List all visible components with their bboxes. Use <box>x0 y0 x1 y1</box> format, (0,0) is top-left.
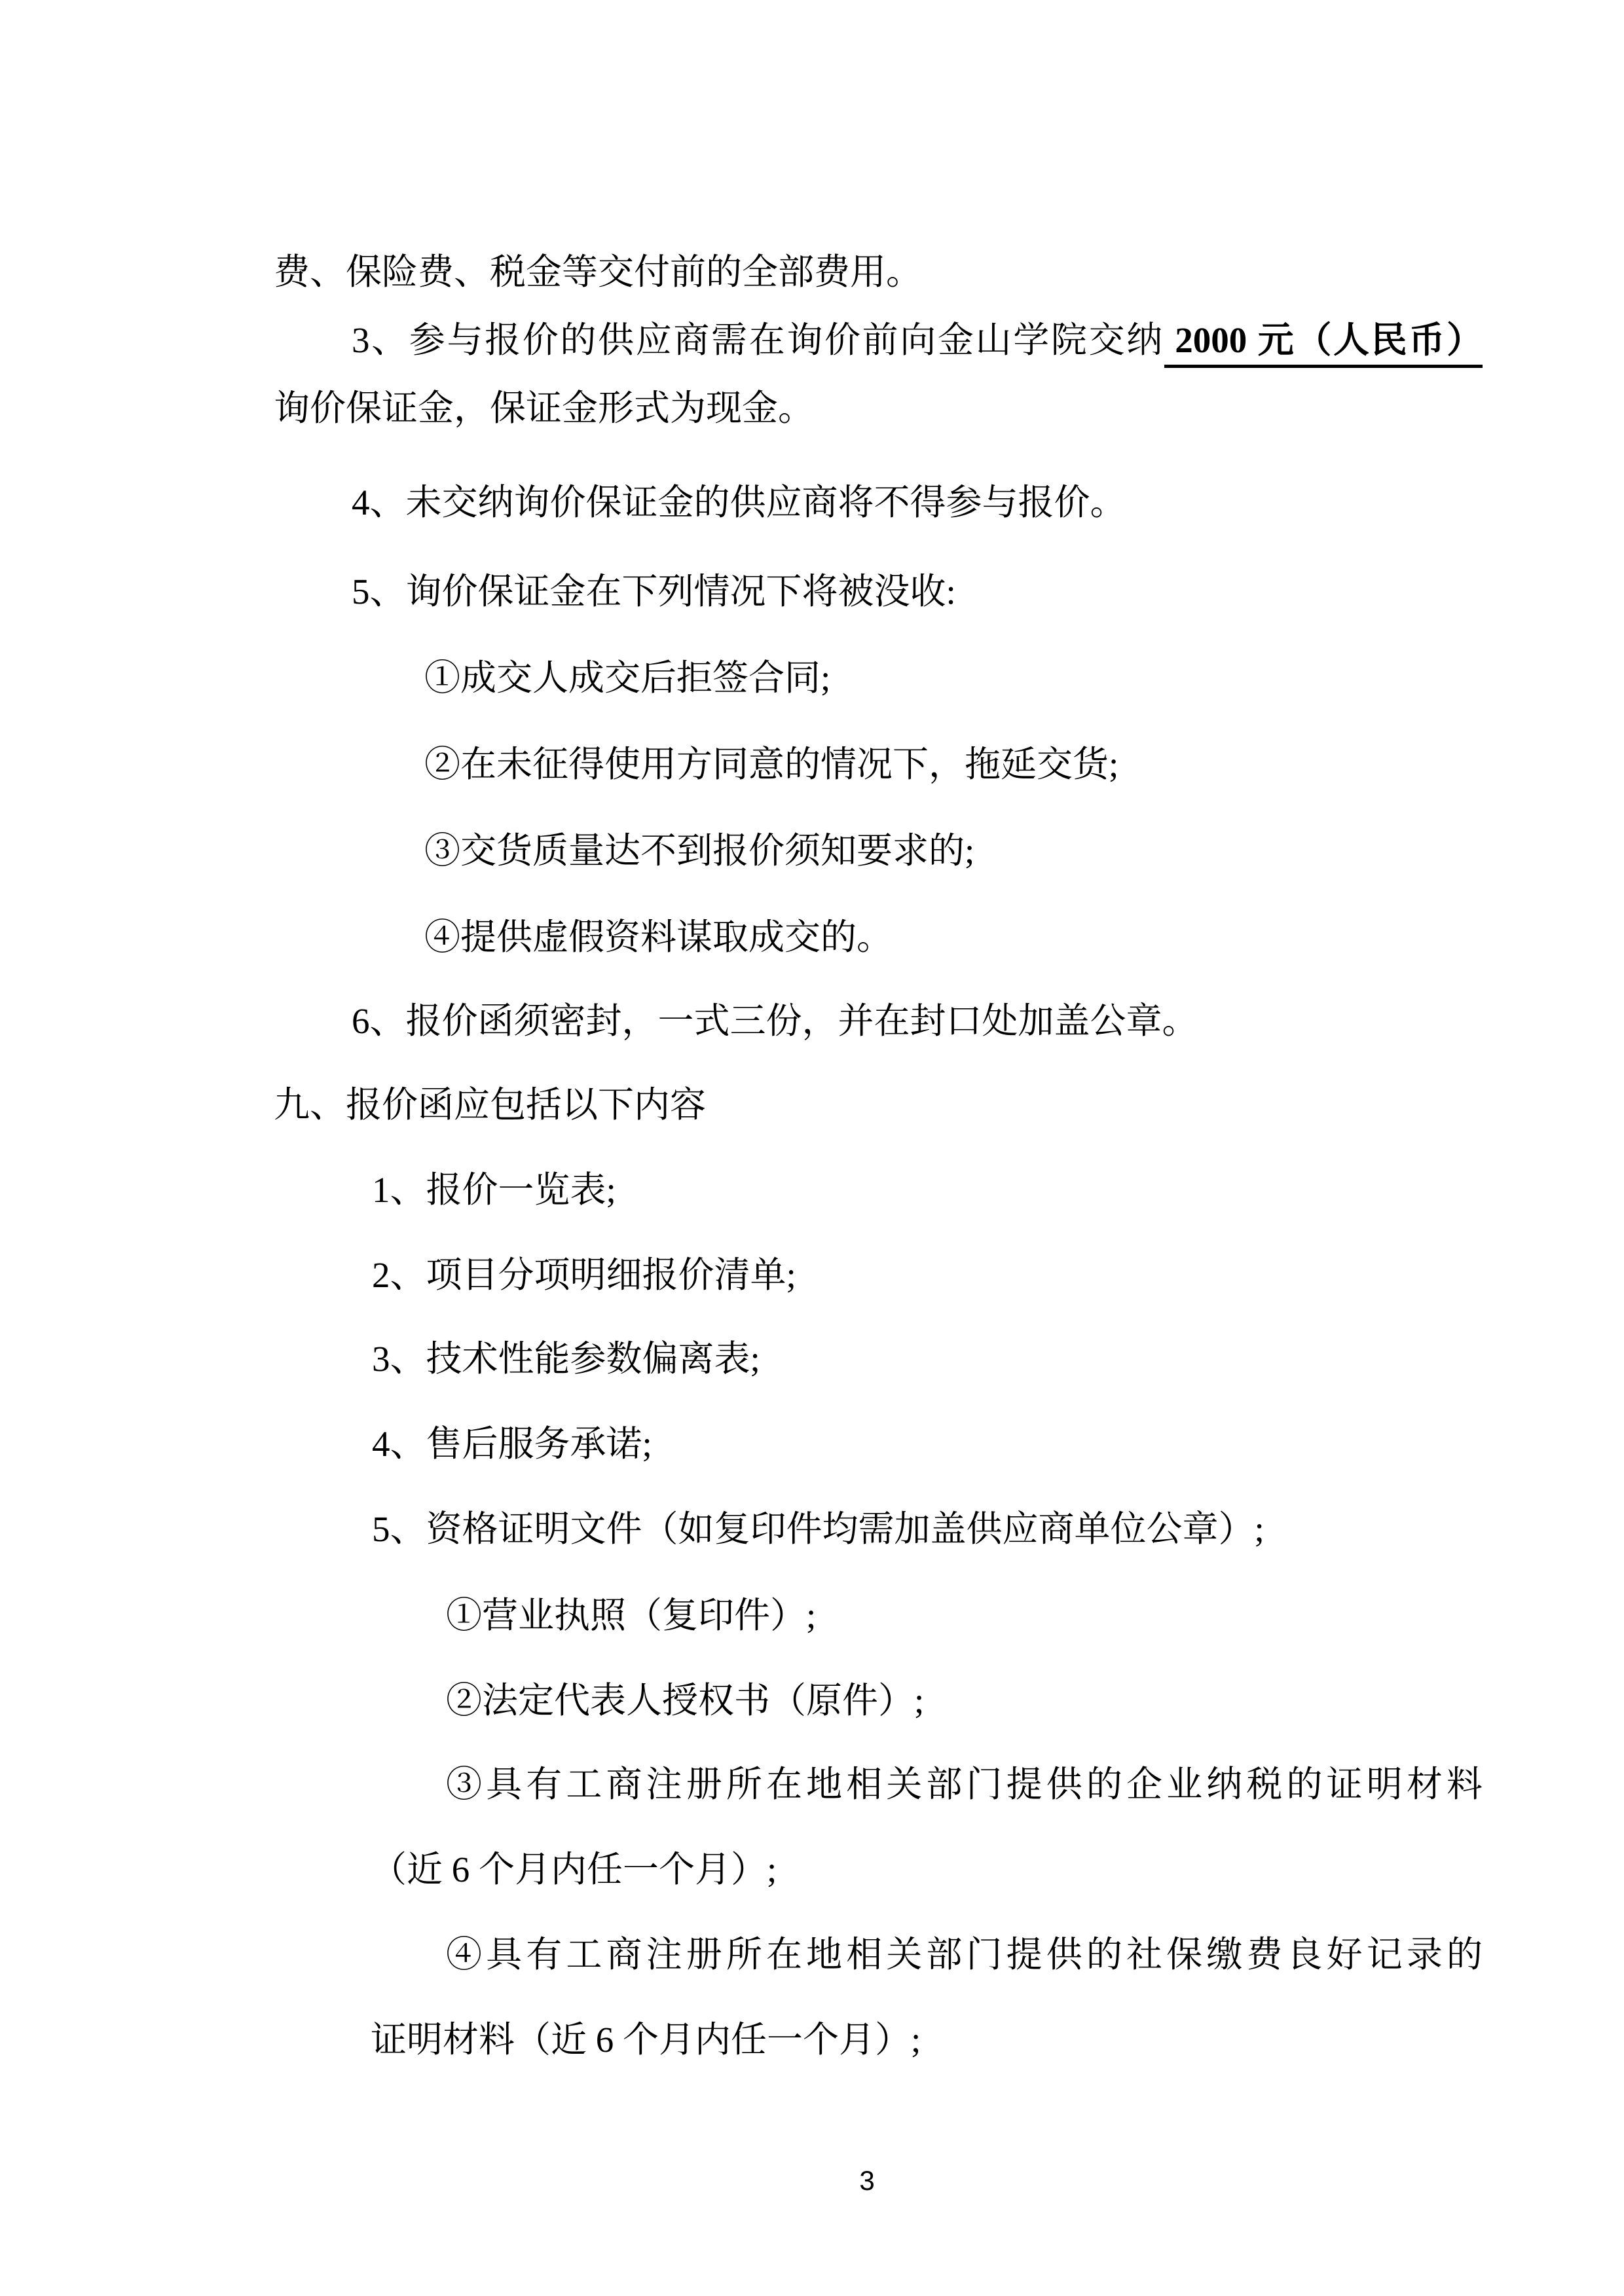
doc-line-9-item-1: 1、报价一览表; <box>274 1170 1483 1211</box>
doc-line-qualification-4: ④具有工商注册所在地相关部门提供的社保缴费良好记录的 <box>274 1935 1483 1975</box>
page-number: 3 <box>274 2166 1460 2196</box>
doc-line-qualification-2: ②法定代表人授权书（原件）; <box>274 1681 1483 1721</box>
doc-line-forfeit-case-3: ③交货质量达不到报价须知要求的; <box>274 831 1483 871</box>
doc-line-9-item-3: 3、技术性能参数偏离表; <box>274 1339 1483 1379</box>
doc-line-qualification-4-continued: 证明材料（近 6 个月内任一个月）; <box>274 2020 1483 2060</box>
doc-line-clause-6: 6、报价函须密封，一式三份，并在封口处加盖公章。 <box>274 1001 1483 1042</box>
doc-line-qualification-3-continued: （近 6 个月内任一个月）; <box>274 1850 1483 1890</box>
doc-line-clause-5: 5、询价保证金在下列情况下将被没收: <box>274 572 1483 612</box>
doc-line-9-item-5: 5、资格证明文件（如复印件均需加盖供应商单位公章）; <box>274 1509 1483 1550</box>
document-page: 费、保险费、税金等交付前的全部费用。 3、参与报价的供应商需在询价前向金山学院交… <box>0 0 1624 2296</box>
doc-line-forfeit-case-1: ①成交人成交后拒签合同; <box>274 658 1483 699</box>
doc-line-qualification-3: ③具有工商注册所在地相关部门提供的企业纳税的证明材料 <box>274 1764 1483 1805</box>
doc-line-qualification-1: ①营业执照（复印件）; <box>274 1595 1483 1636</box>
doc-line-9-item-2: 2、项目分项明细报价清单; <box>274 1255 1483 1296</box>
deposit-clause-text: 3、参与报价的供应商需在询价前向金山学院交纳 <box>352 320 1164 360</box>
doc-heading-section-9: 九、报价函应包括以下内容 <box>274 1085 1483 1125</box>
doc-line-forfeit-case-4: ④提供虚假资料谋取成交的。 <box>274 917 1483 958</box>
doc-line-fees-continuation: 费、保险费、税金等交付前的全部费用。 <box>274 252 1483 293</box>
doc-line-deposit-form: 询价保证金，保证金形式为现金。 <box>274 388 1483 429</box>
doc-line-clause-4: 4、未交纳询价保证金的供应商将不得参与报价。 <box>274 483 1483 523</box>
doc-line-forfeit-case-2: ②在未征得使用方同意的情况下，拖延交货; <box>274 744 1483 785</box>
deposit-amount-underlined: 2000 元（人民币） <box>1164 320 1483 368</box>
doc-line-9-item-4: 4、售后服务承诺; <box>274 1424 1483 1465</box>
doc-line-deposit-amount: 3、参与报价的供应商需在询价前向金山学院交纳 2000 元（人民币） <box>274 320 1483 361</box>
